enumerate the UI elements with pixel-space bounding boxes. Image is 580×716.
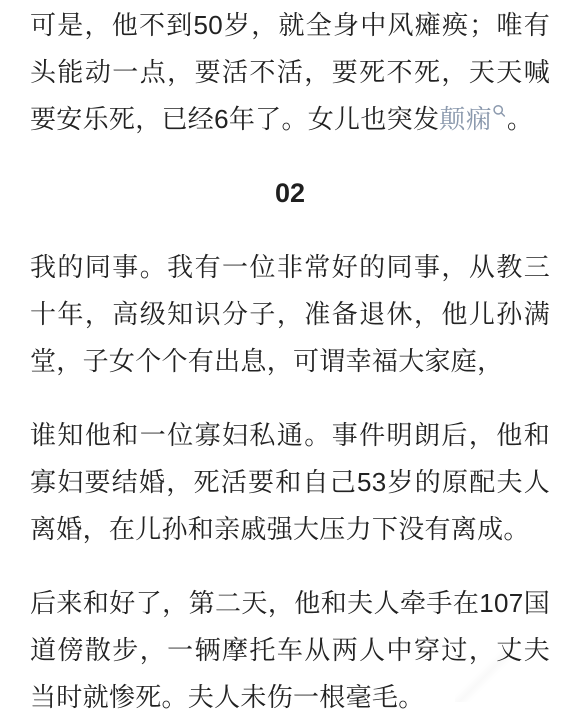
paragraph-1-period: 。 xyxy=(507,104,533,134)
paragraph-1: 可是，他不到50岁，就全身中风瘫痪；唯有头能动一点，要活不活，要死不死，天天喊要… xyxy=(30,2,550,143)
article-page: { "page": { "background_color": "#ffffff… xyxy=(0,0,580,716)
paragraph-2: 我的同事。我有一位非常好的同事，从教三十年，高级知识分子，准备退休，他儿孙满堂，… xyxy=(30,244,550,385)
paragraph-4: 后来和好了，第二天，他和夫人牵手在107国道傍散步，一辆摩托车从两人中穿过，丈夫… xyxy=(30,580,550,716)
search-keyword-link[interactable]: 颠痫 xyxy=(439,104,492,134)
paragraph-3: 谁知他和一位寡妇私通。事件明朗后，他和寡妇要结婚，死活要和自己53岁的原配夫人离… xyxy=(30,412,550,553)
article-body: 可是，他不到50岁，就全身中风瘫痪；唯有头能动一点，要活不活，要死不死，天天喊要… xyxy=(0,0,580,716)
section-number: 02 xyxy=(30,170,550,217)
search-icon[interactable] xyxy=(492,104,507,119)
